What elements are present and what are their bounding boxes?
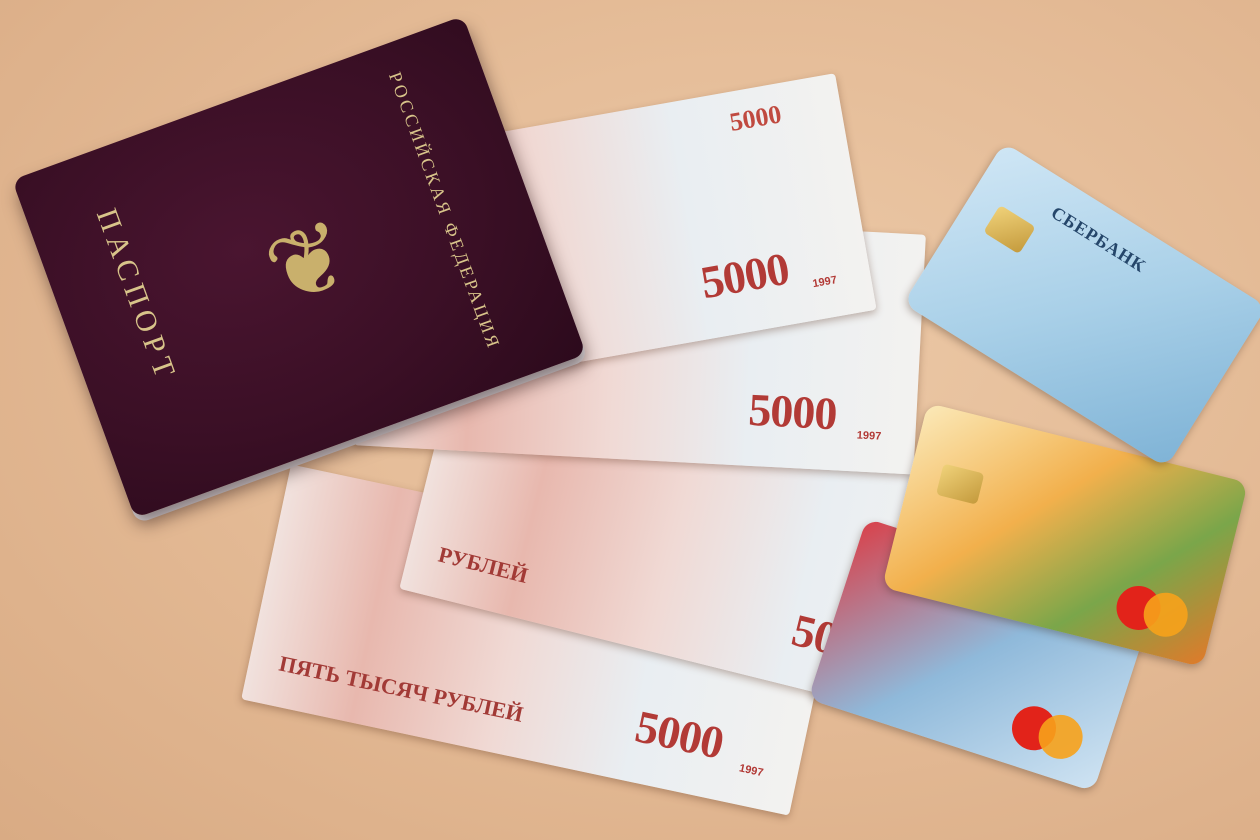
banknote-year: 1997 bbox=[812, 274, 838, 290]
passport-country: РОССИЙСКАЯ ФЕДЕРАЦИЯ bbox=[381, 68, 508, 354]
card-chip-icon bbox=[936, 464, 984, 505]
banknote-year: 1997 bbox=[857, 429, 882, 442]
double-headed-eagle-icon: ❦ bbox=[228, 177, 389, 350]
passport-title: ПАСПОРТ bbox=[89, 204, 183, 387]
mastercard-logo-icon bbox=[1112, 581, 1193, 641]
banknote-year: 1997 bbox=[738, 762, 764, 779]
card-chip-icon bbox=[983, 205, 1036, 254]
banknote-text: ПЯТЬ ТЫСЯЧ РУБЛЕЙ bbox=[277, 651, 526, 728]
banknote-text: РУБЛЕЙ bbox=[436, 542, 531, 589]
passport-country-line1: РОССИЙСКАЯ bbox=[385, 69, 456, 219]
photo-scene: ПЯТЬ ТЫСЯЧ РУБЛЕЙ 5000 1997 РУБЛЕЙ 5000 … bbox=[0, 0, 1260, 840]
mastercard-logo-icon bbox=[1006, 701, 1088, 765]
banknote-denomination: 5000 bbox=[697, 242, 793, 309]
banknote-denomination: 5000 bbox=[631, 699, 728, 769]
bank-name: СБЕРБАНК bbox=[1047, 202, 1149, 277]
passport-country-line2: ФЕДЕРАЦИЯ bbox=[440, 220, 505, 353]
banknote-denomination-small: 5000 bbox=[727, 99, 783, 138]
banknote-denomination: 5000 bbox=[747, 383, 838, 441]
